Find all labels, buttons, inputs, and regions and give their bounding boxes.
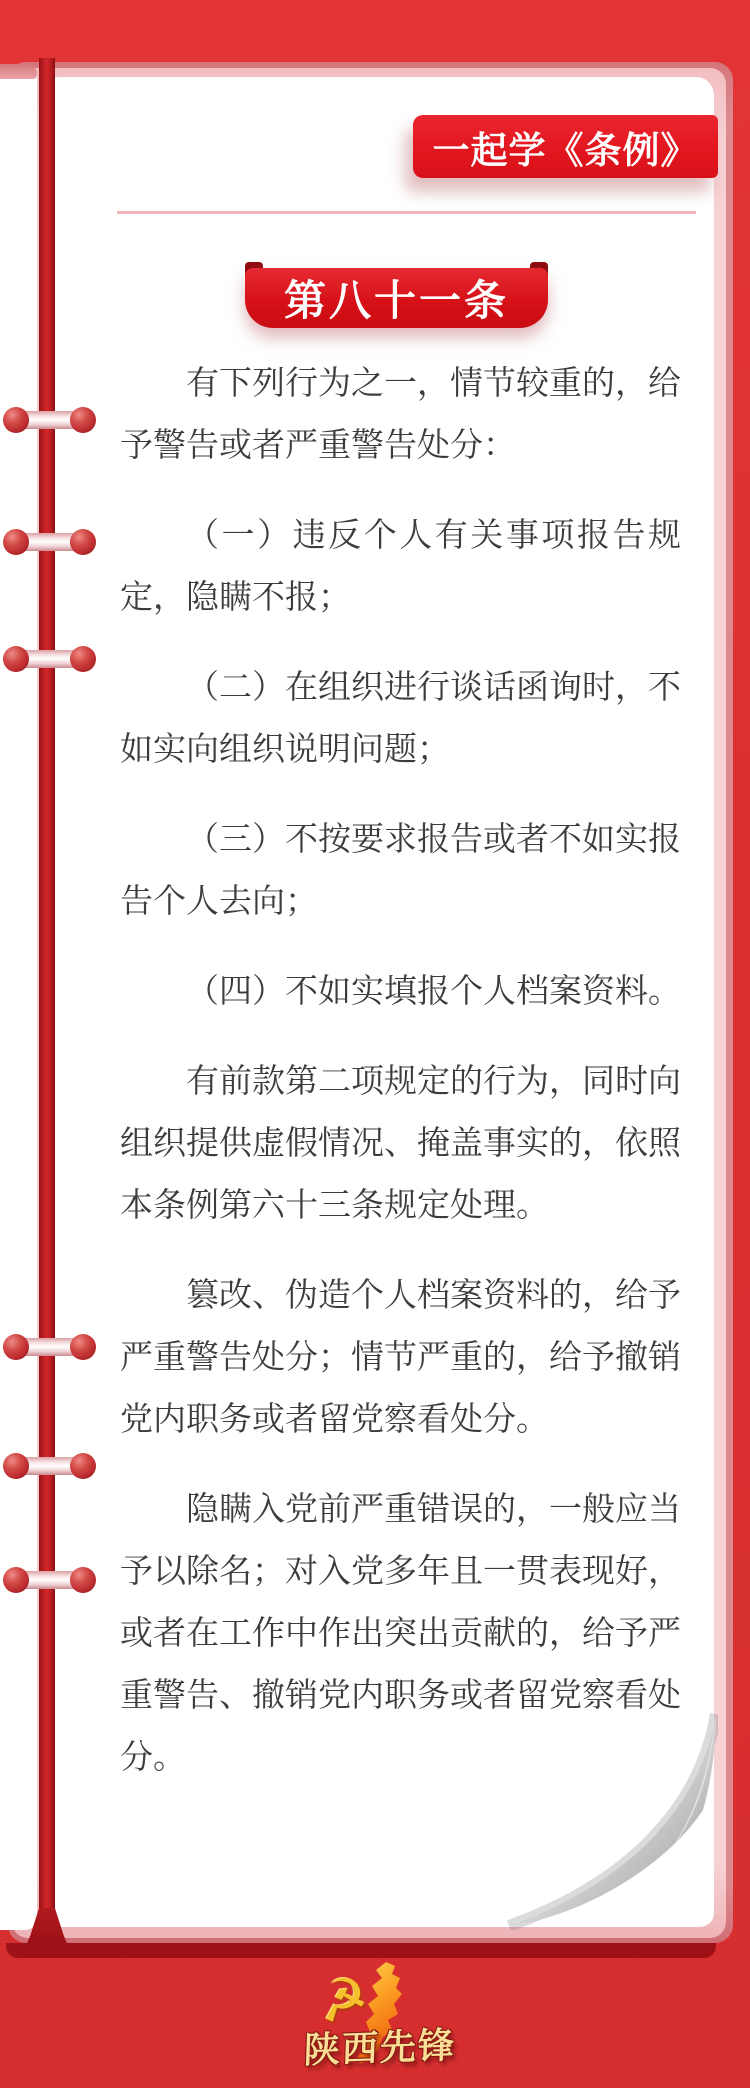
footer-logo: ☭ 陕西先锋 [0, 1958, 750, 2088]
article-title: 第八十一条 [284, 268, 509, 328]
ring-end-icon [70, 1453, 96, 1479]
poster-canvas: 一起学《条例》 第八十一条 有下列行为之一，情节较重的，给予警告或者严重警告处分… [0, 0, 750, 2088]
series-badge: 一起学《条例》 [413, 115, 718, 178]
left-sheet-edge [0, 64, 37, 1930]
binding-ring [3, 529, 96, 555]
body-paragraph: 篡改、伪造个人档案资料的，给予严重警告处分；情节严重的，给予撤销党内职务或者留党… [120, 1264, 681, 1450]
body-paragraph: （一）违反个人有关事项报告规定，隐瞒不报； [120, 504, 681, 628]
binder-rod [39, 58, 55, 1918]
header-divider [117, 211, 696, 214]
body-paragraph: 有前款第二项规定的行为，同时向组织提供虚假情况、掩盖事实的，依照本条例第六十三条… [120, 1050, 681, 1236]
series-badge-label: 一起学《条例》 [433, 120, 699, 174]
page-bottom-shadow [6, 1943, 716, 1958]
ring-end-icon [70, 1334, 96, 1360]
ring-end-icon [3, 529, 29, 555]
body-paragraph: （三）不按要求报告或者不如实报告个人去向； [120, 808, 681, 932]
ring-end-icon [3, 646, 29, 672]
body-paragraph: 有下列行为之一，情节较重的，给予警告或者严重警告处分： [120, 352, 681, 476]
binding-ring [3, 1334, 96, 1360]
ring-end-icon [3, 1334, 29, 1360]
ring-end-icon [70, 646, 96, 672]
binding-ring [3, 407, 96, 433]
binding-ring [3, 1567, 96, 1593]
ring-end-icon [3, 1567, 29, 1593]
body-paragraph: （四）不如实填报个人档案资料。 [120, 960, 681, 1022]
article-ribbon-body: 第八十一条 [245, 268, 548, 328]
body-paragraph: （二）在组织进行谈话函询时，不如实向组织说明问题； [120, 656, 681, 780]
page-curl [505, 1708, 718, 1930]
article-body: 有下列行为之一，情节较重的，给予警告或者严重警告处分：（一）违反个人有关事项报告… [120, 352, 681, 1816]
binding-ring [3, 1453, 96, 1479]
ring-end-icon [70, 407, 96, 433]
article-ribbon: 第八十一条 [245, 262, 548, 328]
binding-ring [3, 646, 96, 672]
brand-name: 陕西先锋 [294, 2017, 466, 2074]
ring-end-icon [70, 1567, 96, 1593]
ring-end-icon [70, 529, 96, 555]
ring-end-icon [3, 1453, 29, 1479]
ring-end-icon [3, 407, 29, 433]
